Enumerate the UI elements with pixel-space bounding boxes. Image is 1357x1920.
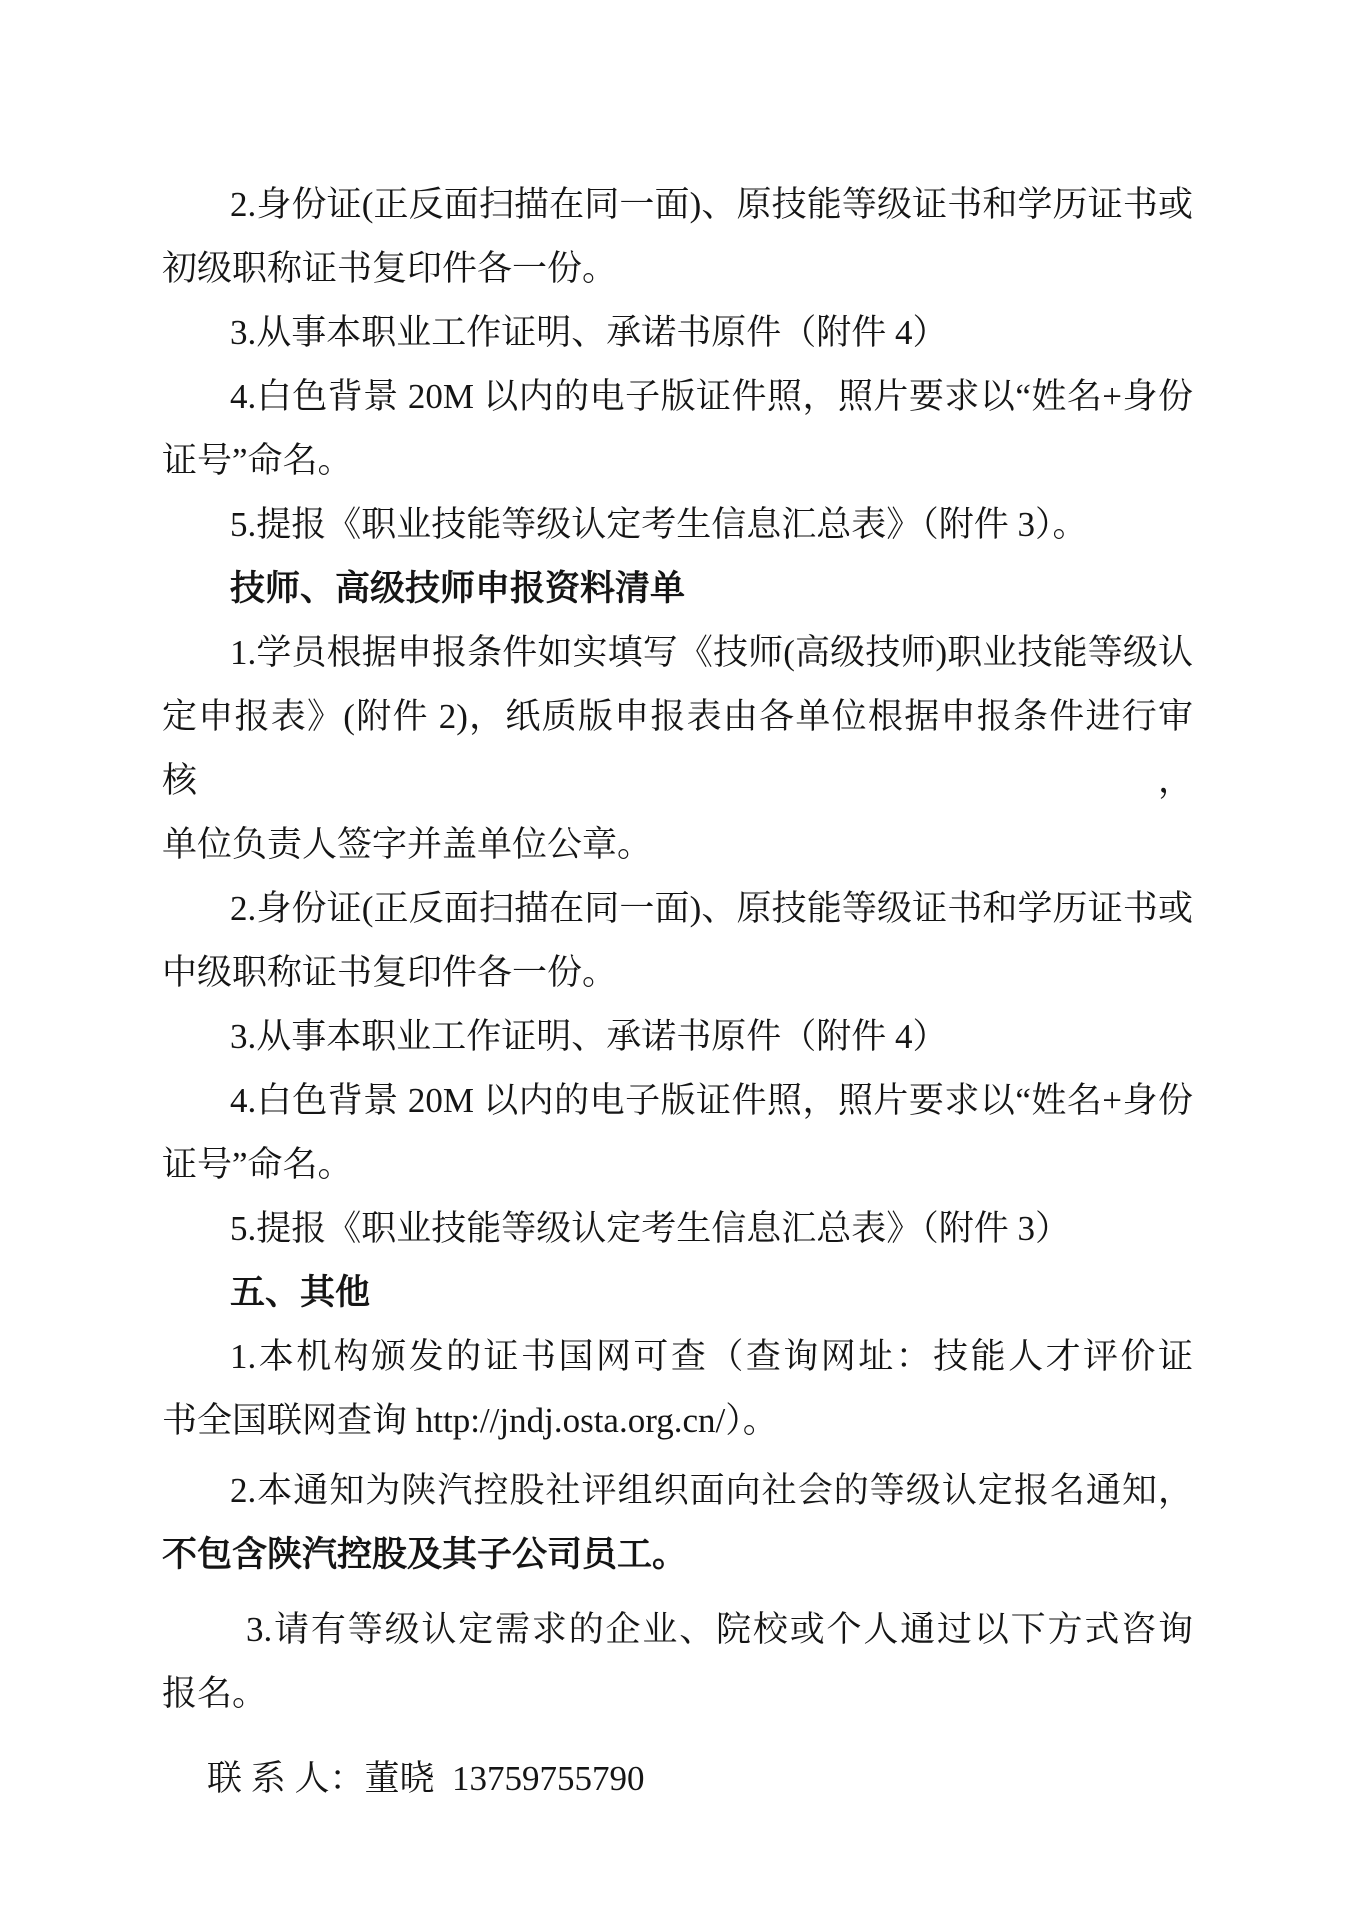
notice-line: 证号”命名。 <box>162 1133 1193 1197</box>
notice-line: 2.本通知为陕汽控股社评组织面向社会的等级认定报名通知， <box>162 1459 1193 1523</box>
notice-line: 中级职称证书复印件各一份。 <box>162 941 1193 1005</box>
contact-line: 联 系 人：董晓 13759755790 <box>162 1747 1193 1811</box>
notice-line: 证号”命名。 <box>162 429 1193 493</box>
notice-line: 4.白色背景 20M 以内的电子版证件照，照片要求以“姓名+身份 <box>162 365 1193 429</box>
document-page: 2.身份证(正反面扫描在同一面)、原技能等级证书和学历证书或 初级职称证书复印件… <box>0 0 1357 1920</box>
notice-line: 单位负责人签字并盖单位公章。 <box>162 813 1193 877</box>
notice-line: 2.身份证(正反面扫描在同一面)、原技能等级证书和学历证书或 <box>162 877 1193 941</box>
notice-line: 2.身份证(正反面扫描在同一面)、原技能等级证书和学历证书或 <box>162 173 1193 237</box>
notice-line-with-url: 书全国联网查询 http://jndj.osta.org.cn/）。 <box>162 1389 1193 1453</box>
notice-line: 5.提报《职业技能等级认定考生信息汇总表》（附件 3） <box>162 1197 1193 1261</box>
notice-line: 1.学员根据申报条件如实填写《技师(高级技师)职业技能等级认 <box>162 621 1193 685</box>
notice-line: 3.从事本职业工作证明、承诺书原件（附件 4） <box>162 1005 1193 1069</box>
document-text-column: 2.身份证(正反面扫描在同一面)、原技能等级证书和学历证书或 初级职称证书复印件… <box>162 173 1193 1811</box>
notice-line: 定申报表》(附件 2)，纸质版申报表由各单位根据申报条件进行审核， <box>162 685 1193 813</box>
notice-line: 3.请有等级认定需求的企业、院校或个人通过以下方式咨询 <box>162 1598 1193 1662</box>
notice-line: 5.提报《职业技能等级认定考生信息汇总表》（附件 3）。 <box>162 493 1193 557</box>
notice-line: 4.白色背景 20M 以内的电子版证件照，照片要求以“姓名+身份 <box>162 1069 1193 1133</box>
notice-line: 初级职称证书复印件各一份。 <box>162 237 1193 301</box>
notice-line: 3.从事本职业工作证明、承诺书原件（附件 4） <box>162 301 1193 365</box>
notice-line: 1.本机构颁发的证书国网可查（查询网址：技能人才评价证 <box>162 1325 1193 1389</box>
emphasis-exclusion-line: 不包含陕汽控股及其子公司员工。 <box>162 1523 1193 1587</box>
notice-line: 报名。 <box>162 1662 1193 1726</box>
heading-section-other: 五、其他 <box>162 1261 1193 1325</box>
heading-technician-declaration-materials: 技师、高级技师申报资料清单 <box>162 557 1193 621</box>
